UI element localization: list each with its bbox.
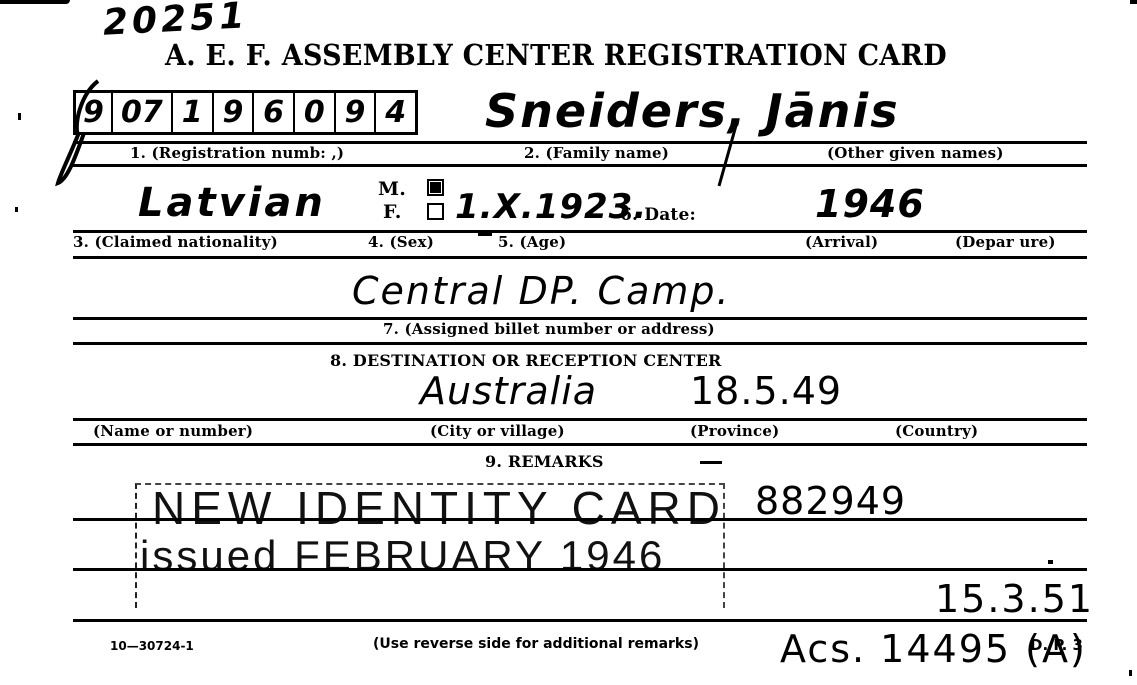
registration-digit: 6 (254, 93, 295, 132)
handwritten-top-number: 20251 (102, 0, 249, 42)
scan-speck (1048, 560, 1053, 564)
sex-label: 4. (Sex) (368, 235, 434, 250)
handwritten-destination-date: 18.5.49 (690, 372, 842, 410)
departure-label: (Depar ure) (955, 235, 1056, 250)
registration-number-box: 9 07 1 9 6 0 9 4 (73, 90, 418, 135)
rule-line (73, 164, 1087, 167)
handwritten-age: 1.X.1923. (455, 190, 647, 224)
registration-digit: 4 (376, 93, 415, 132)
handwritten-stroke (715, 120, 745, 190)
rule-line (73, 518, 1087, 521)
rule-line (73, 418, 1087, 421)
registration-digit: 1 (173, 93, 214, 132)
other-given-names-label: (Other given names) (827, 146, 1004, 161)
family-name-label: 2. (Family name) (524, 146, 669, 161)
scan-speck (15, 207, 18, 212)
handwritten-stroke (50, 75, 110, 190)
handwritten-remarks-date: 15.3.51 (935, 580, 1094, 618)
handwritten-nationality: Latvian (138, 183, 326, 223)
registration-digit: 9 (336, 93, 377, 132)
card-title: A. E. F. ASSEMBLY CENTER REGISTRATION CA… (165, 38, 947, 72)
registration-digit: 9 (214, 93, 255, 132)
date-label: 6. Date: (620, 207, 696, 224)
age-label: 5. (Age) (498, 235, 566, 250)
page-reference: D. P. 3 (1030, 638, 1083, 653)
sex-f-label: F. (383, 203, 402, 222)
nationality-label: 3. (Claimed nationality) (73, 235, 278, 250)
reverse-side-note: (Use reverse side for additional remarks… (373, 637, 699, 651)
rule-line (73, 256, 1087, 259)
registration-number-label: 1. (Registration numb: ,) (130, 146, 344, 161)
arrival-label: (Arrival) (805, 235, 878, 250)
handwritten-billet: Central DP. Camp. (352, 272, 731, 310)
rule-line (73, 619, 1087, 622)
handwritten-name: Sneiders, Jānis (485, 88, 900, 134)
form-number: 10—30724-1 (110, 640, 194, 652)
billet-label: 7. (Assigned billet number or address) (383, 322, 715, 337)
sex-female-checkbox[interactable] (427, 203, 444, 220)
city-or-village-label: (City or village) (430, 424, 565, 439)
scan-speck (700, 461, 722, 464)
scan-speck (478, 233, 492, 236)
name-or-number-label: (Name or number) (93, 424, 253, 439)
rule-line (73, 568, 1087, 571)
handwritten-arrival-year: 1946 (815, 185, 925, 223)
country-label: (Country) (895, 424, 978, 439)
province-label: (Province) (690, 424, 779, 439)
rule-line (73, 342, 1087, 345)
rule-line (73, 443, 1087, 446)
destination-heading: 8. DESTINATION OR RECEPTION CENTER (330, 353, 722, 369)
registration-digit: 0 (295, 93, 336, 132)
stamp-line-1: NEW IDENTITY CARD (152, 485, 726, 531)
registration-digit: 07 (113, 93, 173, 132)
sex-male-checkbox[interactable] (427, 179, 444, 196)
scan-artifact-corner (0, 0, 70, 4)
handwritten-remarks-number: 882949 (755, 482, 906, 520)
handwritten-destination: Australia (420, 372, 597, 410)
scan-speck (1129, 670, 1132, 676)
scan-speck (18, 113, 21, 120)
remarks-heading: 9. REMARKS (485, 454, 604, 470)
sex-m-label: M. (378, 180, 406, 199)
scan-artifact-corner-right (1130, 0, 1137, 4)
